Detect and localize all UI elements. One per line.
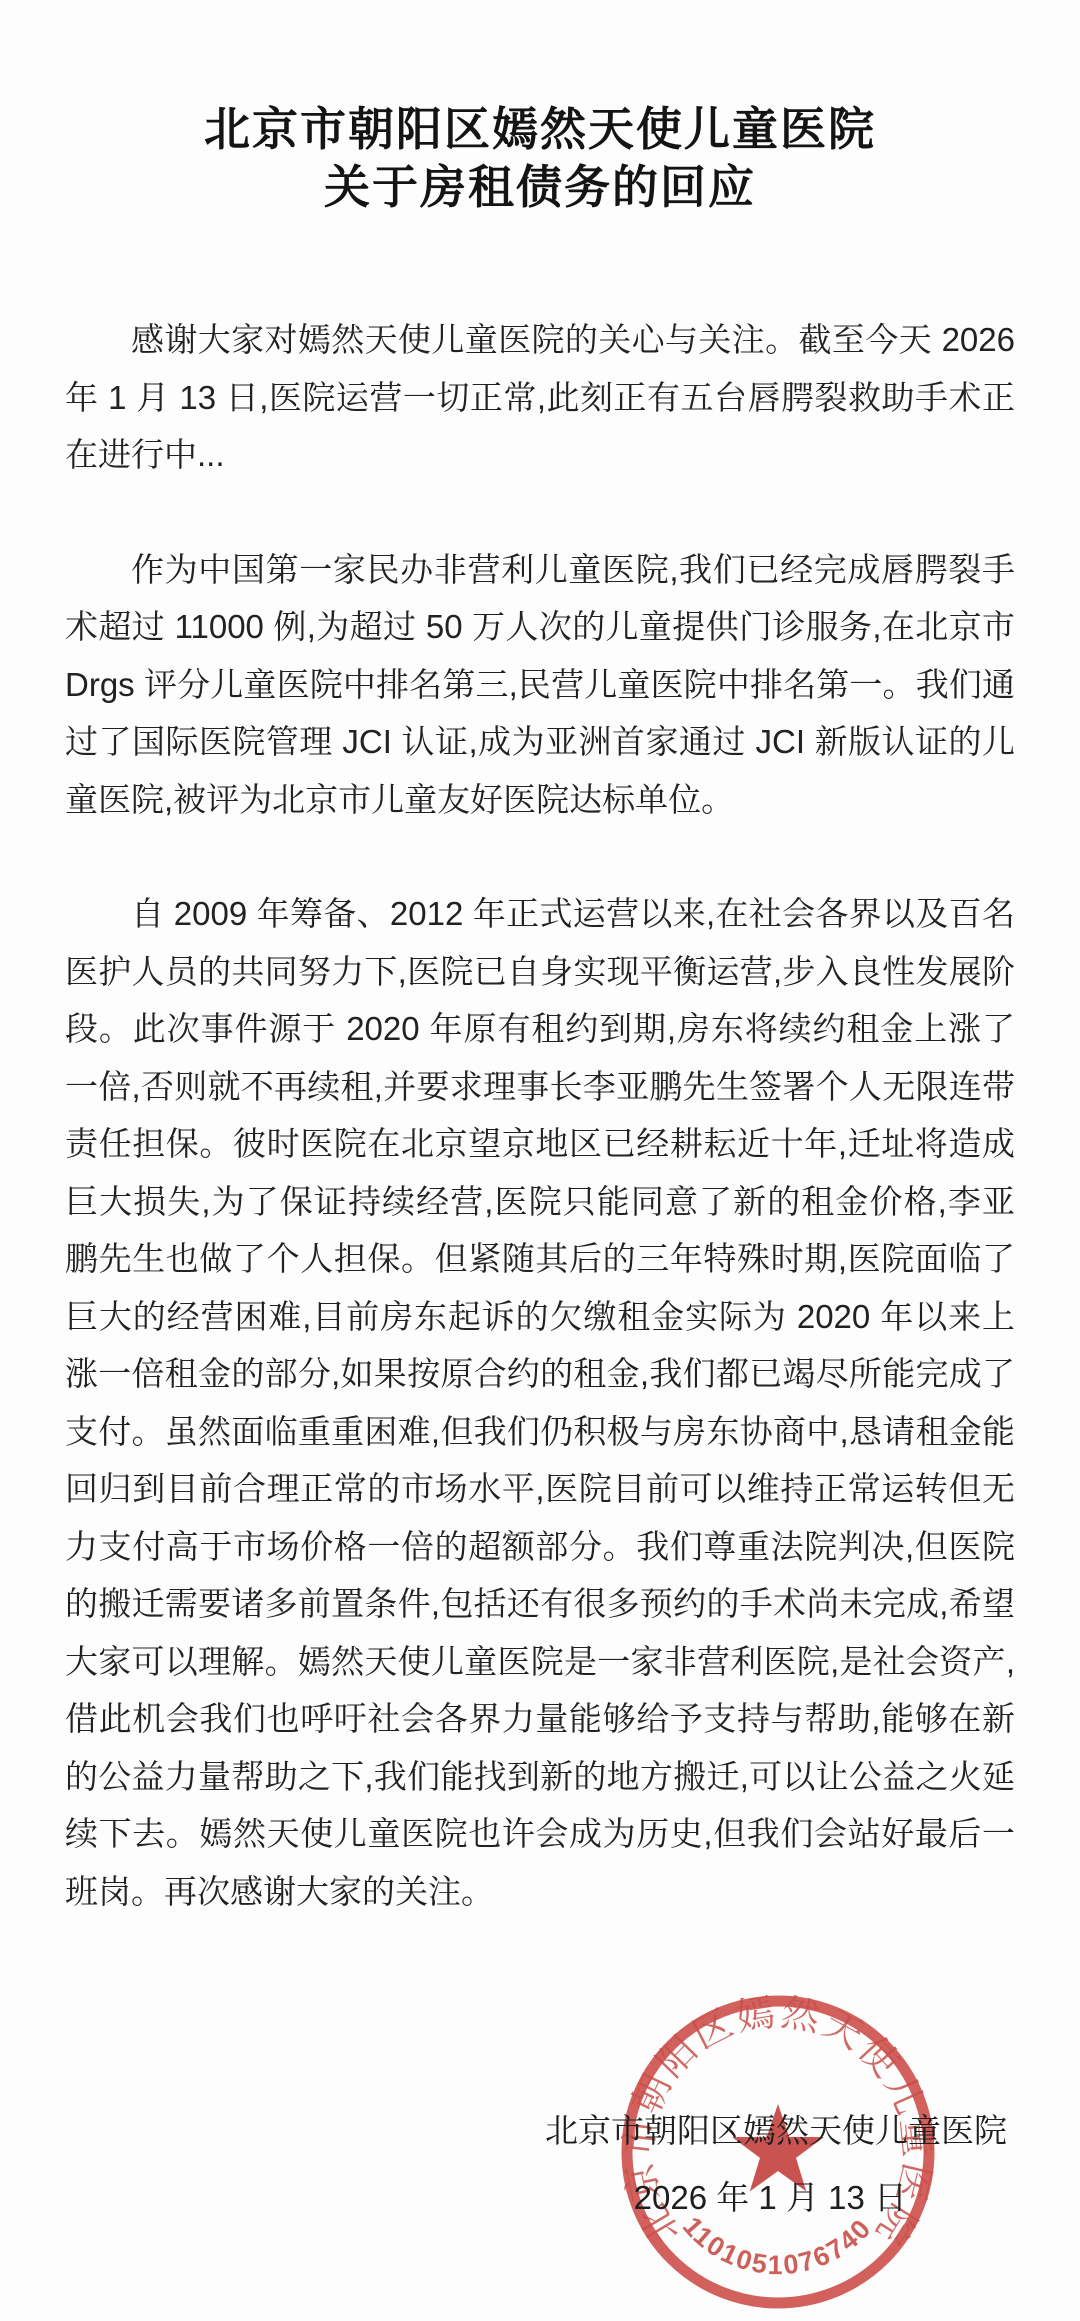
date-line: 2026 年 1 月 13 日 <box>0 2169 1080 2226</box>
signature-block: 北京市朝阳区嫣然天使儿童医院 2026 年 1 月 13 日 <box>0 2102 1080 2226</box>
page-title: 北京市朝阳区嫣然天使儿童医院 关于房租债务的回应 <box>0 0 1080 216</box>
paragraph-2: 作为中国第一家民办非营利儿童医院,我们已经完成唇腭裂手术超过 11000 例,为… <box>65 541 1015 829</box>
paragraph-3: 自 2009 年筹备、2012 年正式运营以来,在社会各界以及百名医护人员的共同… <box>65 885 1015 1920</box>
paragraph-1: 感谢大家对嫣然天使儿童医院的关心与关注。截至今天 2026 年 1 月 13 日… <box>65 311 1015 484</box>
statement-body: 感谢大家对嫣然天使儿童医院的关心与关注。截至今天 2026 年 1 月 13 日… <box>65 311 1015 1920</box>
statement-page: 北京市朝阳区嫣然天使儿童医院 关于房租债务的回应 感谢大家对嫣然天使儿童医院的关… <box>0 0 1080 2321</box>
title-line-2: 关于房租债务的回应 <box>0 158 1080 216</box>
signature-line: 北京市朝阳区嫣然天使儿童医院 <box>0 2102 1080 2159</box>
title-line-1: 北京市朝阳区嫣然天使儿童医院 <box>0 100 1080 158</box>
